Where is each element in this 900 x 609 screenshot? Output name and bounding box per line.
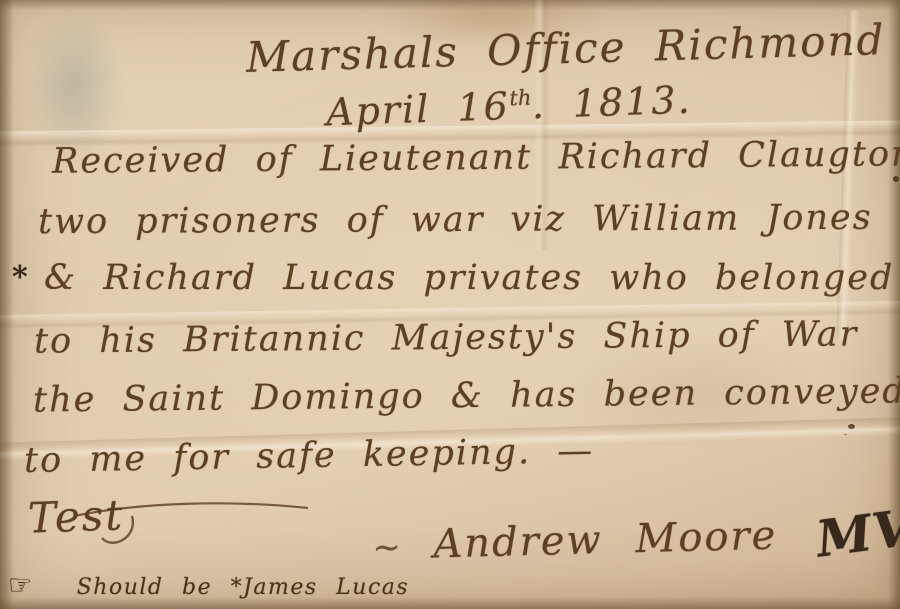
manuscript-page: Marshals Office Richmond April 16th. 181… bbox=[0, 0, 900, 609]
date-ordinal-suffix: th bbox=[509, 86, 532, 111]
heading-office-line: Marshals Office Richmond bbox=[245, 15, 886, 82]
body-line: to me for safe keeping. — bbox=[24, 431, 595, 481]
signature-name: Andrew Moore bbox=[433, 513, 778, 568]
body-line: & Richard Lucas privates who belonged bbox=[44, 258, 894, 298]
body-line: two prisoners of war viz William Jones bbox=[38, 198, 873, 242]
date-year: . 1813. bbox=[531, 78, 692, 128]
attestation-test: Test bbox=[27, 490, 125, 542]
ink-spatter bbox=[848, 424, 855, 429]
margin-asterisk-mark: * bbox=[12, 260, 28, 295]
heading-date-line: April 16th. 1813. bbox=[325, 78, 692, 135]
paper-smudge bbox=[8, 0, 128, 230]
manicule-pointing-hand-icon: ☞ bbox=[8, 570, 32, 601]
body-line: to his Britannic Majesty's Ship of War bbox=[34, 314, 859, 361]
body-line: Received of Lieutenant Richard Claugton bbox=[52, 134, 900, 182]
correction-footnote: ☞ Should be *James Lucas bbox=[8, 570, 409, 601]
signature-line: ~ Andrew Moore MVDT bbox=[371, 496, 900, 571]
ink-spot bbox=[893, 176, 899, 182]
signature-initials: MVDT bbox=[813, 487, 900, 569]
signature-lead-squiggle: ~ bbox=[372, 527, 402, 568]
date-day: April 16 bbox=[325, 84, 510, 134]
footnote-text: Should be *James Lucas bbox=[77, 575, 409, 600]
